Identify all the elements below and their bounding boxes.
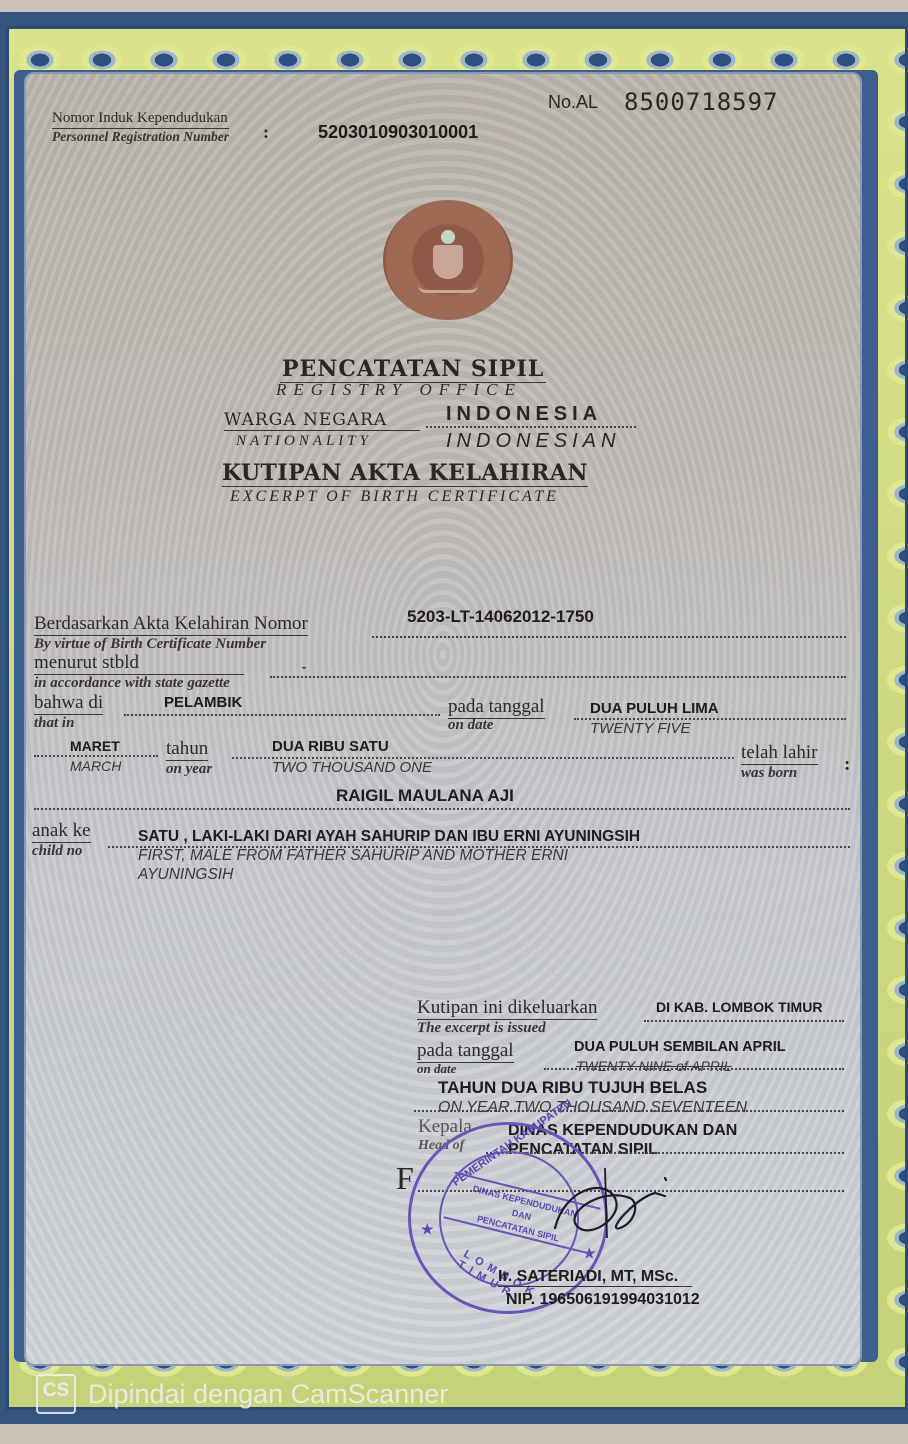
cert-number-label: Berdasarkan Akta Kelahiran Nomor xyxy=(34,613,308,636)
cert-number-line xyxy=(372,636,846,638)
document-title: KUTIPAN AKTA KELAHIRAN xyxy=(222,460,588,487)
serial-number: 8500718597 xyxy=(624,88,779,116)
date-line xyxy=(574,718,846,720)
issued-date-label: pada tanggal xyxy=(417,1040,514,1063)
issued-date-value-en: TWENTY NINE of APRIL xyxy=(576,1058,732,1074)
stbld-line xyxy=(270,676,846,678)
watermark-text: Dipindai dengan CamScanner xyxy=(88,1379,448,1410)
issued-place-line xyxy=(644,1020,844,1022)
nik-label: Nomor Induk Kependudukan xyxy=(52,110,229,129)
place-label: bahwa di xyxy=(34,692,103,715)
date-label-en: on date xyxy=(448,717,545,734)
stbld-label-en: in accordance with state gazette xyxy=(34,675,244,692)
emblem-head xyxy=(441,230,455,244)
office-title: PENCATATAN SIPIL xyxy=(280,356,546,383)
issued-label: Kutipan ini dikeluarkan xyxy=(417,997,597,1020)
document-title-en: EXCERPT OF BIRTH CERTIFICATE xyxy=(230,488,559,506)
stbld-label: menurut stbld xyxy=(34,652,244,675)
date-value: DUA PULUH LIMA xyxy=(590,700,719,717)
year-value-en: TWO THOUSAND ONE xyxy=(272,759,432,776)
serial-prefix: No.AL xyxy=(548,92,598,113)
signatory-name: Ir. SATERIADI, MT, MSc. xyxy=(498,1268,692,1287)
emblem-shield xyxy=(433,245,463,279)
child-no-label-block: anak ke child no xyxy=(32,820,91,860)
garuda-emblem-icon xyxy=(383,200,513,320)
born-label-en: was born xyxy=(741,765,818,782)
born-label: telah lahir xyxy=(741,742,818,765)
child-no-value: SATU , LAKI-LAKI DARI AYAH SAHURIP DAN I… xyxy=(138,828,640,846)
child-name: RAIGIL MAULANA AJI xyxy=(336,786,514,806)
nik-label-block: Nomor Induk Kependudukan Personnel Regis… xyxy=(52,110,229,145)
cert-number-label-en: By virtue of Birth Certificate Number xyxy=(34,636,308,653)
born-label-block: telah lahir was born xyxy=(741,742,818,782)
issued-date-label-en: on date xyxy=(417,1061,514,1077)
cert-number-label-block: Berdasarkan Akta Kelahiran Nomor By virt… xyxy=(34,613,308,653)
issued-date-label-block: pada tanggal on date xyxy=(417,1040,514,1077)
issued-year-line xyxy=(414,1110,844,1112)
child-no-label-en: child no xyxy=(32,843,91,860)
nik-colon: : xyxy=(263,122,269,143)
child-name-line xyxy=(34,808,850,810)
nationality-label-en: NATIONALITY xyxy=(236,433,372,450)
cert-number-value: 5203-LT-14062012-1750 xyxy=(407,607,594,627)
nik-label-en: Personnel Registration Number xyxy=(52,129,229,145)
place-label-block: bahwa di that in xyxy=(34,692,103,732)
month-value-en: MARCH xyxy=(70,758,121,774)
camscanner-watermark: CS Dipindai dengan CamScanner xyxy=(36,1374,448,1414)
nik-value: 5203010903010001 xyxy=(318,122,478,143)
signatory-nip: NIP. 196506191994031012 xyxy=(506,1291,700,1309)
born-colon: : xyxy=(844,754,850,776)
stbld-value: - xyxy=(302,660,306,674)
date-value-en: TWENTY FIVE xyxy=(590,720,691,737)
issued-label-block: Kutipan ini dikeluarkan The excerpt is i… xyxy=(417,997,597,1037)
child-no-value-en-2: AYUNINGSIH xyxy=(138,866,233,884)
place-value: PELAMBIK xyxy=(164,694,242,711)
stamp-star-icon-left: ★ xyxy=(421,1221,434,1238)
camscanner-logo-icon: CS xyxy=(36,1374,76,1414)
issued-year-value-en: ON YEAR TWO THOUSAND SEVENTEEN xyxy=(438,1099,747,1117)
place-label-en: that in xyxy=(34,715,103,732)
nationality-value: INDONESIA xyxy=(426,403,636,428)
date-label-block: pada tanggal on date xyxy=(448,696,545,734)
year-label: tahun xyxy=(166,738,208,761)
month-line xyxy=(34,755,158,757)
signature-icon xyxy=(545,1168,685,1248)
issued-date-value: DUA PULUH SEMBILAN APRIL xyxy=(574,1039,786,1055)
date-label: pada tanggal xyxy=(448,696,545,719)
office-title-en: REGISTRY OFFICE xyxy=(276,380,522,400)
nationality-value-en: INDONESIAN xyxy=(446,430,620,453)
year-label-block: tahun on year xyxy=(166,738,212,778)
year-line xyxy=(232,757,734,759)
place-line xyxy=(124,714,440,716)
stbld-label-block: menurut stbld in accordance with state g… xyxy=(34,652,244,692)
month-value: MARET xyxy=(70,738,120,754)
issued-place: DI KAB. LOMBOK TIMUR xyxy=(656,999,822,1015)
emblem-ribbon xyxy=(418,285,478,293)
child-no-label: anak ke xyxy=(32,820,91,843)
year-value: DUA RIBU SATU xyxy=(272,738,389,755)
child-no-value-en-1: FIRST, MALE FROM FATHER SAHURIP AND MOTH… xyxy=(138,847,568,865)
issued-date-line xyxy=(544,1068,844,1070)
nationality-label: WARGA NEGARA xyxy=(224,410,420,431)
issued-label-en: The excerpt is issued xyxy=(417,1020,597,1037)
issued-year-value: TAHUN DUA RIBU TUJUH BELAS xyxy=(438,1078,707,1098)
year-label-en: on year xyxy=(166,761,212,778)
